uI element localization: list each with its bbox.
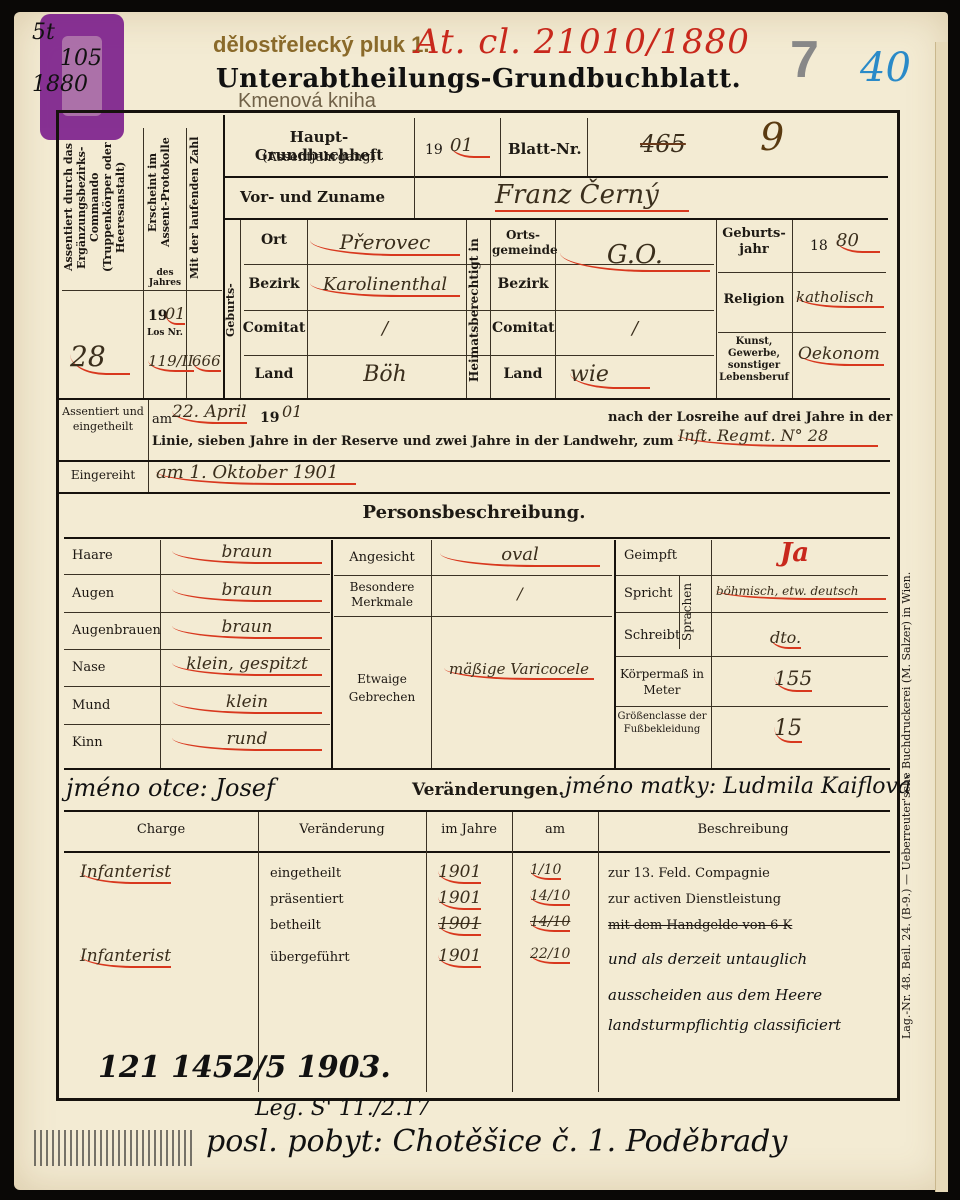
change-desc: landsturmpflichtig classificiert	[608, 1016, 841, 1034]
red-reference: At. cl. 21010/1880	[415, 22, 750, 62]
changes-col-header: Beschreibung	[598, 822, 888, 837]
sprachen-label: Sprachen	[681, 578, 709, 646]
change-day: 14/10	[530, 914, 570, 932]
des-jahres-label: des Jahres	[146, 268, 184, 288]
corner-note-line: 105	[32, 46, 102, 72]
corner-note-line: 1880	[32, 72, 102, 98]
spricht-label: Spricht	[624, 586, 672, 601]
eingereiht-label: Eingereiht	[60, 468, 146, 482]
heimat-ortsgemeinde-label: Orts-gemeinde	[492, 228, 554, 258]
assentiert-text2: Linie, sieben Jahre in der Reserve und z…	[152, 434, 674, 449]
changes-col-header: im Jahre	[426, 822, 512, 837]
change-desc: und als derzeit untauglich	[608, 950, 807, 968]
change-day: 22/10	[530, 946, 570, 964]
person-attr-label: Augen	[72, 586, 114, 601]
change-desc: zur 13. Feld. Compagnie	[608, 866, 770, 881]
change-day: 1/10	[530, 862, 561, 880]
heimat-land-label: Land	[492, 366, 554, 382]
person-attr-label: Mund	[72, 698, 110, 713]
scribbled-out-note	[34, 1130, 194, 1166]
father-note: jméno otce: Josef	[66, 774, 275, 802]
assentiert-date: 22. April	[172, 402, 247, 424]
eingereiht-value: am 1. Oktober 1901	[156, 462, 356, 485]
side-print: Lag.-Nr. 48. Beil. 24. (B-9.) — Ueberreu…	[900, 560, 922, 1050]
bottom-note-top: Leg. S' 11./2.17	[255, 1096, 430, 1121]
assentiert-year-value: 01	[282, 402, 302, 421]
change-type: eingetheilt	[270, 866, 341, 881]
footer-note: 121 1452/5 1903.	[98, 1050, 391, 1085]
regiment-value: Inft. Regmt. N° 28	[678, 426, 878, 447]
los-nr-value: 119/II	[148, 352, 194, 372]
person-attr-label: Nase	[72, 660, 106, 675]
gebrechen-value: mäßige Varicocele	[444, 660, 594, 680]
groessen-value: 15	[774, 716, 802, 743]
schreibt-value: dto.	[770, 628, 801, 649]
koerper-label: Körpermaß in Meter	[616, 666, 708, 698]
change-desc: zur activen Dienstleistung	[608, 892, 781, 907]
laufende-value: 666	[192, 352, 221, 372]
birth-comitat-label: Comitat	[242, 320, 306, 336]
religion-value: katholisch	[796, 288, 884, 308]
changes-title: Veränderungen.	[412, 780, 564, 800]
schreibt-label: Schreibt	[624, 628, 680, 643]
angesicht-label: Angesicht	[334, 550, 430, 565]
heimat-comitat-label: Comitat	[492, 320, 554, 336]
heimat-land-value: wie	[570, 362, 650, 389]
change-year: 1901	[438, 946, 481, 968]
name-value: Franz Černý	[495, 180, 689, 212]
geburtsjahr-value: 80	[836, 230, 880, 253]
heimat-bezirk-label: Bezirk	[492, 276, 554, 292]
assentiert-am: am	[152, 412, 172, 427]
assentiert-value: 28	[70, 340, 130, 375]
person-attr-label: Haare	[72, 548, 113, 563]
assentiert-text1: nach der Losreihe auf drei Jahre in der	[608, 410, 892, 425]
gray-number: 7	[790, 30, 819, 90]
person-attr-value: klein, gespitzt	[172, 654, 322, 676]
gebrechen-label: Etwaige Gebrechen	[334, 670, 430, 706]
groessen-label: Größenclasse der Fußbekleidung	[616, 710, 708, 736]
geimpft-label: Geimpft	[624, 548, 677, 563]
change-desc: ausscheiden aus dem Heere	[608, 986, 822, 1004]
corner-note-line: 5t	[32, 20, 102, 46]
person-title: Personsbeschreibung.	[58, 502, 890, 523]
changes-col-header: Veränderung	[258, 822, 426, 837]
change-type: präsentiert	[270, 892, 344, 907]
changes-col-header: Charge	[64, 822, 258, 837]
changes-col-header: am	[512, 822, 598, 837]
spricht-value: böhmisch, etw. deutsch	[716, 584, 886, 600]
merkmale-value: /	[440, 584, 600, 603]
name-label: Vor- und Zuname	[240, 188, 385, 206]
blatt-struck: 465	[640, 130, 686, 158]
beruf-label: Kunst, Gewerbe, sonstiger Lebensberuf	[718, 336, 790, 384]
geburts-label: Geburts-	[224, 225, 240, 395]
bottom-note-main: posl. pobyt: Chotěšice č. 1. Poděbrady	[206, 1124, 787, 1159]
haupt-sublabel: (Assentjahrgang)	[226, 150, 412, 165]
koerper-value: 155	[774, 666, 812, 692]
heimat-label: Heimatsberechtigt in	[468, 225, 488, 395]
regiment-stamp: dělostřelecký pluk 1.	[213, 32, 429, 58]
merkmale-label: Besondere Merkmale	[334, 580, 430, 610]
assentiert-label: Assentiert und eingetheilt	[60, 404, 146, 434]
birth-ort-label: Ort	[242, 232, 306, 248]
protokoll-header: Erscheint im Assent-Protokolle	[146, 130, 184, 255]
geimpft-value: Ja	[780, 538, 809, 568]
change-year: 1901	[438, 914, 481, 936]
birth-comitat-value: /	[310, 318, 460, 339]
geburtsjahr-label: Geburts-jahr	[718, 226, 790, 258]
los-nr-label: Los Nr.	[146, 328, 184, 338]
haupt-value: 01	[450, 135, 490, 158]
change-type: betheilt	[270, 918, 321, 933]
haupt-prefix: 19	[425, 142, 443, 158]
heimat-comitat-value: /	[560, 318, 710, 339]
birth-bezirk-value: Karolinenthal	[310, 274, 460, 297]
change-day: 14/10	[530, 888, 570, 906]
beruf-value: Oekonom	[798, 344, 884, 366]
assentiert-year-prefix: 19	[260, 410, 279, 426]
mother-note: jméno matky: Ludmila Kaiflová	[565, 774, 911, 799]
change-type: übergeführt	[270, 950, 350, 965]
birth-land-value: Böh	[310, 362, 460, 387]
change-desc: mit dem Handgelde von 6 K	[608, 918, 792, 933]
year-value: 01	[165, 304, 185, 325]
person-attr-label: Augenbrauen	[72, 623, 161, 638]
change-charge: Infanterist	[80, 946, 171, 968]
assentiert-header: Assentiert durch das Ergänzungsbezirks-C…	[62, 130, 142, 285]
person-attr-label: Kinn	[72, 735, 103, 750]
religion-label: Religion	[718, 292, 790, 307]
blatt-label: Blatt-Nr.	[508, 140, 582, 158]
change-charge: Infanterist	[80, 862, 171, 884]
corner-note: 5t 105 1880	[32, 20, 102, 98]
laufende-header: Mit der laufenden Zahl	[188, 130, 222, 285]
paper-edge	[935, 42, 948, 1192]
change-year: 1901	[438, 888, 481, 910]
change-year: 1901	[438, 862, 481, 884]
birth-bezirk-label: Bezirk	[242, 276, 306, 292]
blatt-value: 9	[760, 115, 784, 159]
birth-land-label: Land	[242, 366, 306, 382]
blue-mark: 40	[860, 45, 911, 91]
geburtsjahr-prefix: 18	[810, 238, 828, 254]
